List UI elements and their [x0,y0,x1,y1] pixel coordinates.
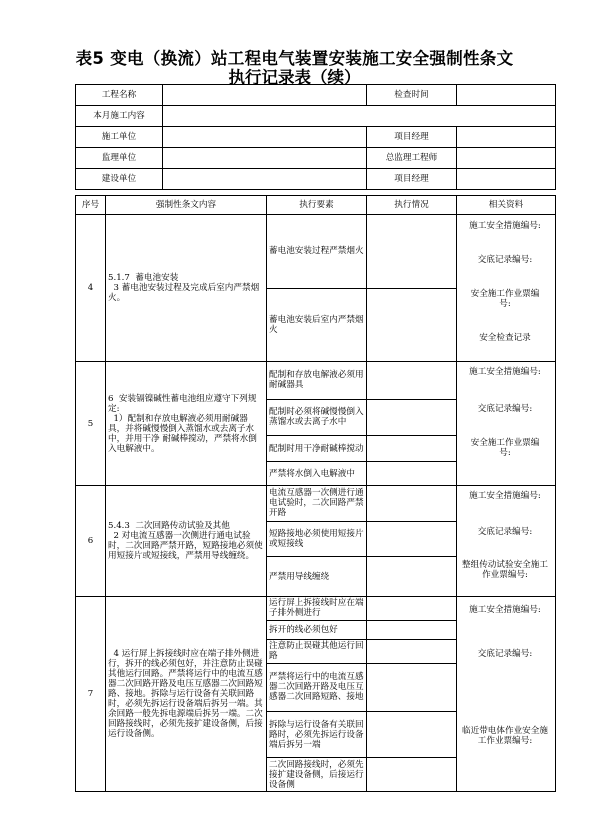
status-cell[interactable] [367,557,457,597]
col-header-materials: 相关资料 [457,196,556,215]
element-cell: 拆开的线必须包好 [267,620,367,640]
owner-unit-label: 建设单位 [76,169,163,190]
owner-pm-label: 项目经理 [367,169,457,190]
provision-content-cell: 5.4.3 二次回路传动试验及其他 2 对电流互感器一次侧进行通电试验时，二次回… [106,486,267,597]
element-cell: 运行屏上拆接线时应在端子排外侧进行 [267,597,367,621]
chief-engineer-label: 总监理工程师 [367,148,457,169]
seq-cell: 6 [76,486,106,597]
element-cell: 注意防止误碰其他运行回路 [267,640,367,664]
materials-cell: 施工安全措施编号: 交底记录编号: 安全施工作业票编号: 安全检查记录 [457,215,556,362]
col-header-status: 执行情况 [367,196,457,215]
check-time-label: 检查时间 [367,85,457,106]
provisions-table: 序号 强制性条文内容 执行要素 执行情况 相关资料 4 5.1.7 蓄电池安装 … [75,195,556,792]
table-row: 7 4 运行屏上拆接线时应在端子排外侧进行，拆开的线必须包好，并注意防止误碰其他… [76,597,556,621]
construction-unit-value[interactable] [163,127,367,148]
seq-cell: 4 [76,215,106,362]
construction-pm-value[interactable] [457,127,556,148]
table-header-row: 序号 强制性条文内容 执行要素 执行情况 相关资料 [76,196,556,215]
table-row: 5 6 安装镉镍碱性蓄电池组应遵守下列规定: 1）配制和存放电解液必须用耐碱器具… [76,362,556,400]
seq-cell: 5 [76,362,106,486]
material-item: 施工安全措施编号: [457,367,553,377]
material-item: 施工安全措施编号: [457,605,553,615]
element-cell: 配制时必须将碱慢慢倒入蒸馏水或去离子水中 [267,399,367,435]
element-cell: 严禁用导线缠绕 [267,557,367,597]
owner-pm-value[interactable] [457,169,556,190]
status-cell[interactable] [367,288,457,362]
material-item: 交底记录编号: [457,649,553,659]
status-cell[interactable] [367,620,457,640]
col-header-seq: 序号 [76,196,106,215]
row-construction-unit: 施工单位 项目经理 [76,127,556,148]
check-time-value[interactable] [457,85,556,106]
row-project-name: 工程名称 检查时间 [76,85,556,106]
status-cell[interactable] [367,399,457,435]
material-item: 安全施工作业票编号: [457,438,553,458]
material-item: 临近带电体作业安全施工作业票编号: [457,726,553,746]
element-cell: 蓄电池安装过程严禁烟火 [267,215,367,289]
col-header-content: 强制性条文内容 [106,196,267,215]
material-item: 交底记录编号: [457,404,553,414]
material-item: 交底记录编号: [457,255,553,265]
material-item: 整组传动试验安全施工作业票编号: [457,560,553,580]
monthly-content-value[interactable] [163,106,556,127]
element-cell: 配制和存放电解液必须用耐碱器具 [267,362,367,400]
element-cell: 严禁将运行中的电流互感器二次回路开路及电压互感器二次回路短路、接地 [267,663,367,711]
supervision-unit-value[interactable] [163,148,367,169]
material-item: 施工安全措施编号: [457,491,553,501]
element-cell: 配制时用干净耐碱棒搅动 [267,435,367,462]
material-item: 安全检查记录 [457,333,553,343]
table-row: 4 5.1.7 蓄电池安装 3 蓄电池安装过程及完成后室内严禁烟火。 蓄电池安装… [76,215,556,289]
project-name-value[interactable] [163,85,367,106]
project-info-table: 工程名称 检查时间 本月施工内容 施工单位 项目经理 监理单位 总监理工程师 建… [75,84,556,190]
status-cell[interactable] [367,597,457,621]
element-cell: 电流互感器一次侧进行通电试验时，二次回路严禁开路 [267,486,367,522]
materials-cell: 施工安全措施编号: 交底记录编号: 临近带电体作业安全施工作业票编号: [457,597,556,792]
material-item: 施工安全措施编号: [457,221,553,231]
status-cell[interactable] [367,758,457,792]
status-cell[interactable] [367,711,457,757]
status-cell[interactable] [367,663,457,711]
monthly-content-label: 本月施工内容 [76,106,163,127]
supervision-unit-label: 监理单位 [76,148,163,169]
element-cell: 拆除与运行设备有关联回路时，必须先拆运行设备端后拆另一端 [267,711,367,757]
construction-unit-label: 施工单位 [76,127,163,148]
status-cell[interactable] [367,521,457,557]
element-cell: 严禁将水倒入电解液中 [267,462,367,486]
status-cell[interactable] [367,435,457,462]
material-item: 交底记录编号: [457,527,553,537]
provision-content-cell: 6 安装镉镍碱性蓄电池组应遵守下列规定: 1）配制和存放电解液必须用耐碱器具，并… [106,362,267,486]
owner-unit-value[interactable] [163,169,367,190]
seq-cell: 7 [76,597,106,792]
row-supervision-unit: 监理单位 总监理工程师 [76,148,556,169]
element-cell: 短路接地必须使用短接片或短接线 [267,521,367,557]
status-cell[interactable] [367,462,457,486]
project-name-label: 工程名称 [76,85,163,106]
table-row: 6 5.4.3 二次回路传动试验及其他 2 对电流互感器一次侧进行通电试验时，二… [76,486,556,522]
materials-cell: 施工安全措施编号: 交底记录编号: 整组传动试验安全施工作业票编号: [457,486,556,597]
material-item: 安全施工作业票编号: [457,289,553,309]
provision-content-cell: 4 运行屏上拆接线时应在端子排外侧进行，拆开的线必须包好，并注意防止误碰其他运行… [106,597,267,792]
status-cell[interactable] [367,640,457,664]
materials-cell: 施工安全措施编号: 交底记录编号: 安全施工作业票编号: [457,362,556,486]
construction-pm-label: 项目经理 [367,127,457,148]
row-monthly-content: 本月施工内容 [76,106,556,127]
status-cell[interactable] [367,486,457,522]
chief-engineer-value[interactable] [457,148,556,169]
status-cell[interactable] [367,362,457,400]
element-cell: 蓄电池安装后室内严禁烟火 [267,288,367,362]
element-cell: 二次回路接线时，必须先接扩建设备侧，后接运行设备侧 [267,758,367,792]
col-header-elements: 执行要素 [267,196,367,215]
row-owner-unit: 建设单位 项目经理 [76,169,556,190]
status-cell[interactable] [367,215,457,289]
provision-content-cell: 5.1.7 蓄电池安装 3 蓄电池安装过程及完成后室内严禁烟火。 [106,215,267,362]
